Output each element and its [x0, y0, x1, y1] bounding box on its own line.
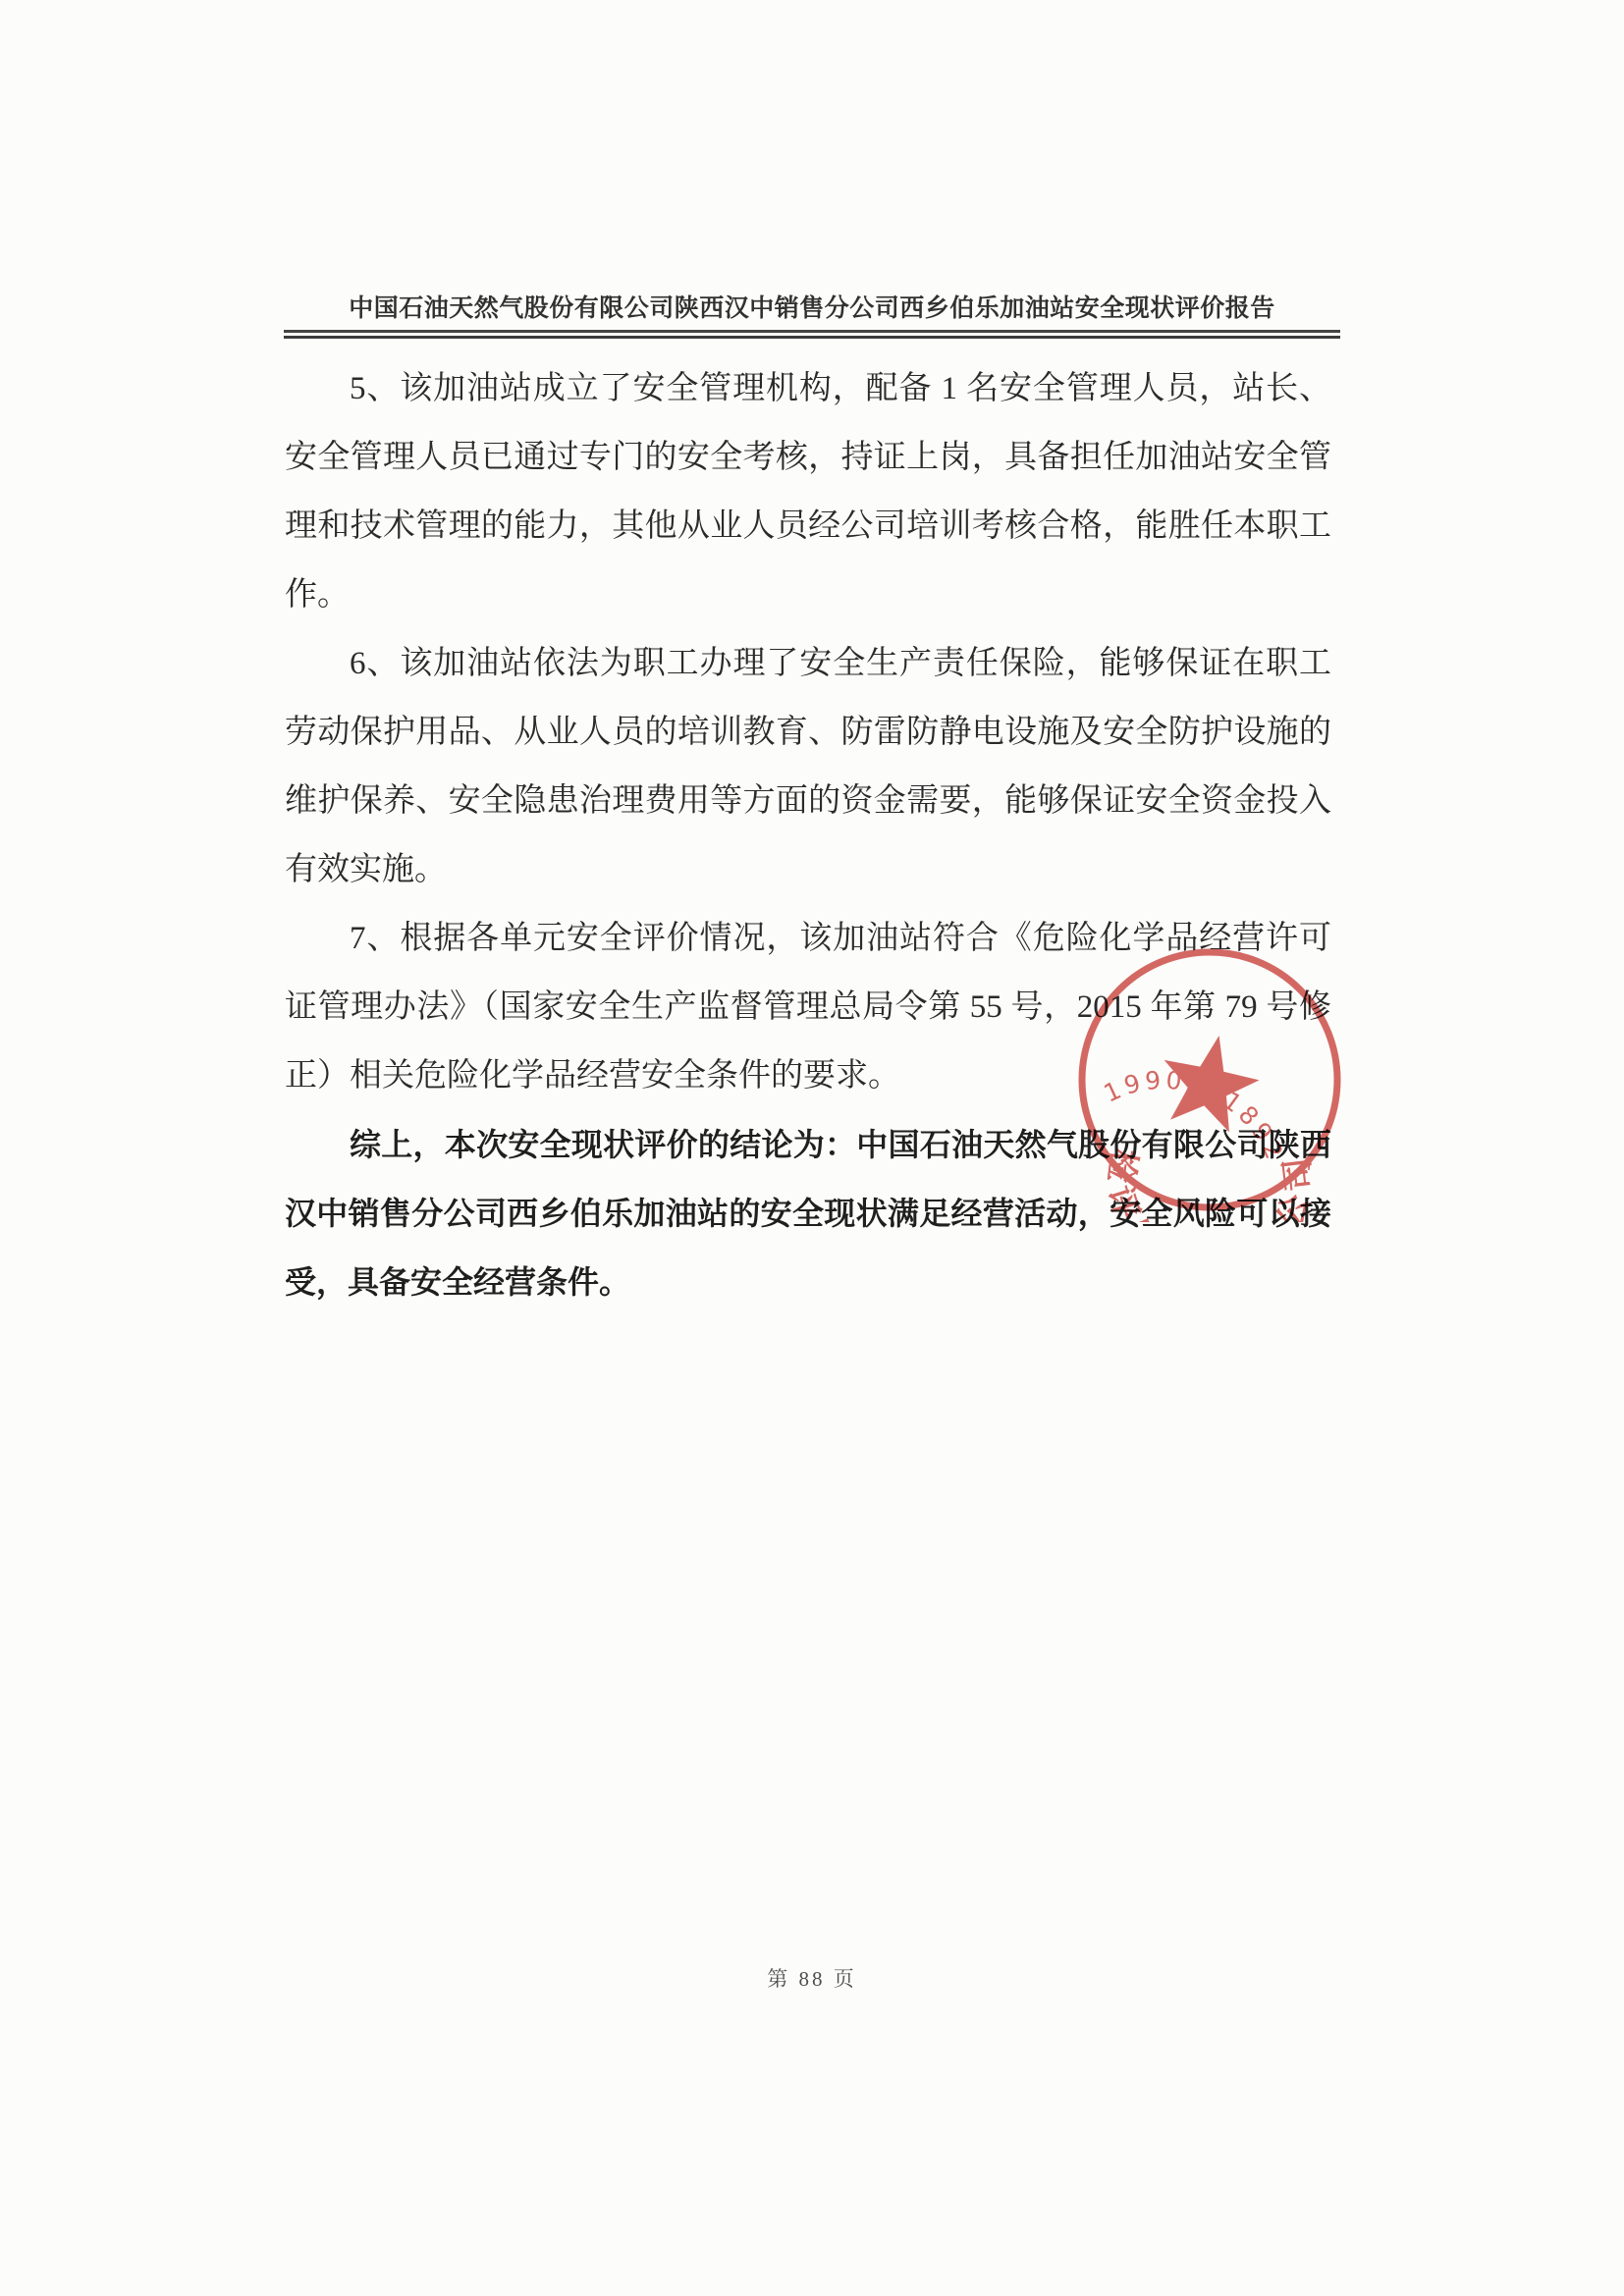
document-page: 中国石油天然气股份有限公司陕西汉中销售分公司西乡伯乐加油站安全现状评价报告 5、… [0, 0, 1624, 2296]
company-seal-stamp: 检评价技术有限公司 1990311892 [1067, 937, 1352, 1222]
page-footer: 第 88 页 [0, 1963, 1624, 1993]
report-title: 中国石油天然气股份有限公司陕西汉中销售分公司西乡伯乐加油站安全现状评价报告 [0, 289, 1624, 324]
body-paragraph: 5、该加油站成立了安全管理机构，配备 1 名安全管理人员，站长、安全管理人员已通… [285, 354, 1331, 629]
body-paragraph: 6、该加油站依法为职工办理了安全生产责任保险，能够保证在职工劳动保护用品、从业人… [285, 629, 1331, 904]
page-number: 第 88 页 [767, 1967, 857, 1991]
header-divider [284, 330, 1340, 339]
